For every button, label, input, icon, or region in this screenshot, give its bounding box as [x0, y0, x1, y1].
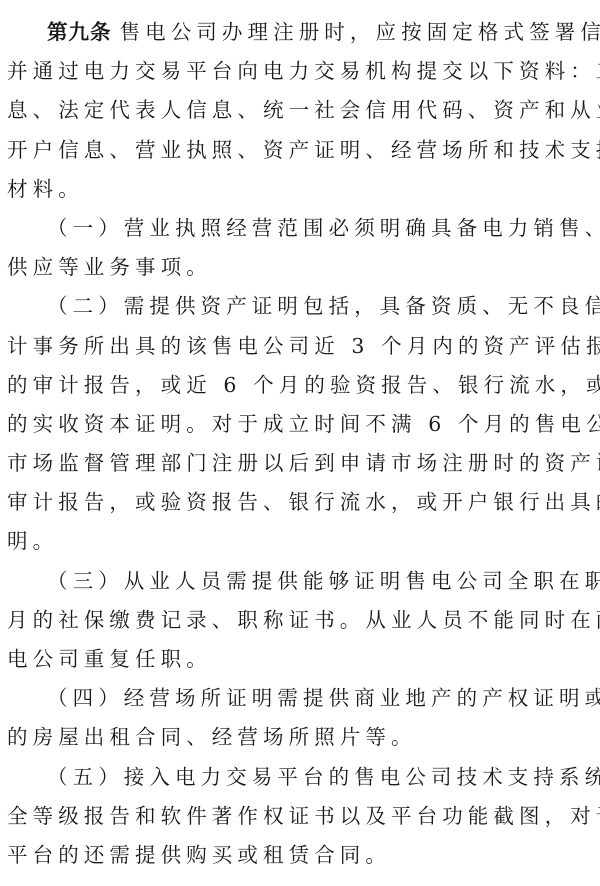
- text-line: 明。: [7, 522, 595, 561]
- text-line: （四）经营场所证明需提供商业地产的产权证明或 1 年及以上: [7, 679, 595, 718]
- text-line: 电公司重复任职。: [7, 640, 595, 679]
- item-5-paragraph: （五）接入电力交易平台的售电公司技术支持系统，需提供安 全等级报告和软件著作权证…: [7, 758, 595, 876]
- article-9-paragraph: 第九条售电公司办理注册时，应按固定格式签署信用承诺书， 并通过电力交易平台向电力…: [7, 13, 595, 209]
- text-line: （二）需提供资产证明包括，具备资质、无不良信用记录的会: [7, 287, 595, 326]
- text-line: （五）接入电力交易平台的售电公司技术支持系统，需提供安: [7, 758, 595, 797]
- text-line: 息、法定代表人信息、统一社会信用代码、资产和从业人员信息、: [7, 91, 595, 130]
- text-line: 平台的还需提供购买或租赁合同。: [7, 836, 595, 875]
- text-line: 并通过电力交易平台向电力交易机构提交以下资料：工商注册信: [7, 52, 595, 91]
- article-number: 第九条: [47, 20, 112, 44]
- text-line: 的房屋出租合同、经营场所照片等。: [7, 718, 595, 757]
- text-line: 月的社保缴费记录、职称证书。从业人员不能同时在两个及以上售: [7, 601, 595, 640]
- item-3-paragraph: （三）从业人员需提供能够证明售电公司全职在职员工近 3 个 月的社保缴费记录、职…: [7, 562, 595, 680]
- item-4-paragraph: （四）经营场所证明需提供商业地产的产权证明或 1 年及以上 的房屋出租合同、经营…: [7, 679, 595, 757]
- text-line: （三）从业人员需提供能够证明售电公司全职在职员工近 3 个: [7, 562, 595, 601]
- text-line: 审计报告，或验资报告、银行流水，或开户银行出具的实收资本证: [7, 483, 595, 522]
- text-line: 全等级报告和软件著作权证书以及平台功能截图，对于购买或租赁: [7, 797, 595, 836]
- document-body: 第九条售电公司办理注册时，应按固定格式签署信用承诺书， 并通过电力交易平台向电力…: [7, 13, 595, 875]
- text-line: 材料。: [7, 170, 595, 209]
- text-line: 第九条售电公司办理注册时，应按固定格式签署信用承诺书，: [7, 13, 595, 52]
- item-1-paragraph: （一）营业执照经营范围必须明确具备电力销售、售电或电力 供应等业务事项。: [7, 209, 595, 287]
- text-line: 的审计报告，或近 6 个月的验资报告、银行流水，或开户银行出具: [7, 366, 595, 405]
- text-line: （一）营业执照经营范围必须明确具备电力销售、售电或电力: [7, 209, 595, 248]
- text-line: 的实收资本证明。对于成立时间不满 6 个月的售电公司，需提供自: [7, 405, 595, 444]
- item-2-paragraph: （二）需提供资产证明包括，具备资质、无不良信用记录的会 计事务所出具的该售电公司…: [7, 287, 595, 561]
- text-line: 市场监督管理部门注册以后到申请市场注册时的资产评估报告，或: [7, 444, 595, 483]
- text-line: 计事务所出具的该售电公司近 3 个月内的资产评估报告，或近 1 年: [7, 327, 595, 366]
- text-line: 供应等业务事项。: [7, 248, 595, 287]
- text-line: 开户信息、营业执照、资产证明、经营场所和技术支持系统证明等: [7, 131, 595, 170]
